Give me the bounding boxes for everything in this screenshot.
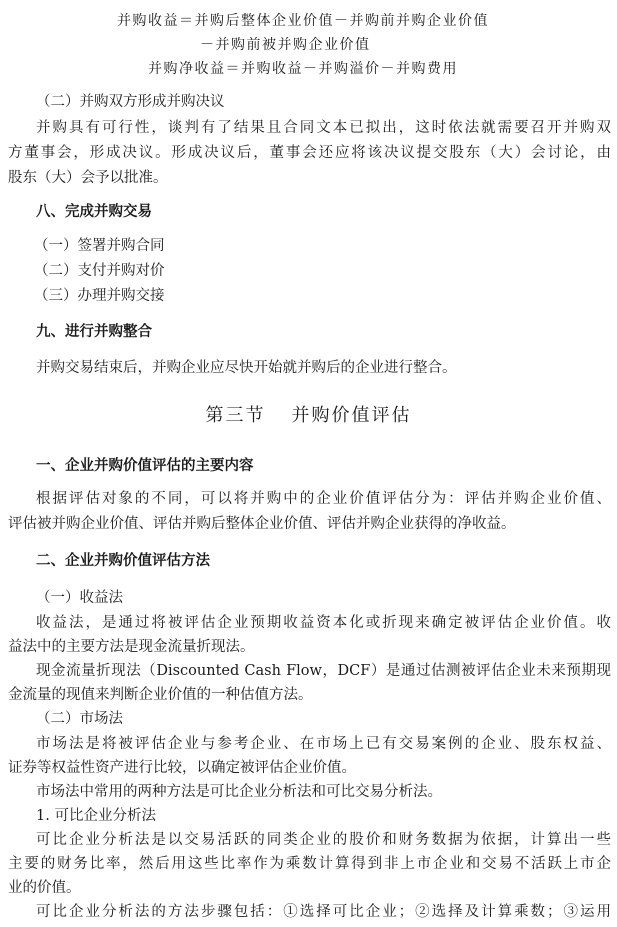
- comparable-company-subheading: 1. 可比企业分析法: [36, 806, 156, 826]
- section8-item: （二）支付并购对价: [34, 261, 165, 281]
- dcf-paragraph-line: 现金流量折现法（Discounted Cash Flow，DCF）是通过估测被评…: [36, 661, 611, 681]
- part2-heading: 二、企业并购价值评估方法: [36, 551, 210, 571]
- part1-paragraph-line: 评估被并购企业价值、评估并购后整体企业价值、评估并购企业获得的净收益。: [8, 514, 611, 534]
- comparable-company-paragraph-line: 业的价值。: [8, 878, 611, 898]
- market-method-subheading: （二）市场法: [36, 709, 123, 729]
- resolution-paragraph-line: 股东（大）会予以批准。: [8, 168, 611, 188]
- dcf-paragraph-line: 金流量的现值来判断企业价值的一种估值方法。: [8, 685, 611, 705]
- section-title-text: 并购价值评估: [292, 405, 412, 426]
- resolution-paragraph-line: 并购具有可行性，谈判有了结果且合同文本已拟出，这时依法就需要召开并购双: [36, 118, 611, 138]
- comparable-company-paragraph-line: 主要的财务比率，然后用这些比率作为乘数计算得到非上市企业和交易不活跃上市企: [8, 854, 611, 874]
- section9-heading: 九、进行并购整合: [36, 322, 152, 342]
- resolution-paragraph-line: 方董事会，形成决议。形成决议后，董事会还应将该决议提交股东（大）会讨论，由: [8, 143, 611, 163]
- section8-item: （一）签署并购合同: [34, 236, 165, 256]
- part1-heading: 一、企业并购价值评估的主要内容: [36, 456, 254, 476]
- section8-heading: 八、完成并购交易: [36, 202, 152, 222]
- market-method-paragraph-line: 证券等权益性资产进行比较，以确定被评估企业价值。: [8, 758, 611, 778]
- market-method-paragraph2: 市场法中常用的两种方法是可比企业分析法和可比交易分析法。: [36, 782, 442, 802]
- income-method-paragraph-line: 收益法，是通过将被评估企业预期收益资本化或折现来确定被评估企业价值。收: [36, 613, 611, 633]
- income-method-paragraph-line: 益法中的主要方法是现金流量折现法。: [8, 637, 611, 657]
- section9-paragraph: 并购交易结束后，并购企业应尽快开始就并购后的企业进行整合。: [36, 358, 457, 378]
- resolution-subheading: （二）并购双方形成并购决议: [36, 92, 225, 112]
- formula-merger-gain-line2: －并购前被并购企业价值: [200, 35, 371, 55]
- section-title: 第三节并购价值评估: [0, 404, 617, 428]
- formula-merger-gain-line1: 并购收益＝并购后整体企业价值－并购前并购企业价值: [117, 11, 489, 31]
- section-number: 第三节: [206, 405, 266, 426]
- comparable-company-steps-line: 可比企业分析法的方法步骤包括：①选择可比企业；②选择及计算乘数；③运用: [36, 902, 611, 922]
- section8-item: （三）办理并购交接: [34, 286, 165, 306]
- market-method-paragraph-line: 市场法是将被评估企业与参考企业、在市场上已有交易案例的企业、股东权益、: [36, 734, 611, 754]
- part1-paragraph-line: 根据评估对象的不同，可以将并购中的企业价值评估分为：评估并购企业价值、: [36, 489, 611, 509]
- comparable-company-paragraph-line: 可比企业分析法是以交易活跃的同类企业的股价和财务数据为依据，计算出一些: [36, 830, 611, 850]
- formula-net-merger-gain: 并购净收益＝并购收益－并购溢价－并购费用: [148, 59, 458, 79]
- income-method-subheading: （一）收益法: [36, 588, 123, 608]
